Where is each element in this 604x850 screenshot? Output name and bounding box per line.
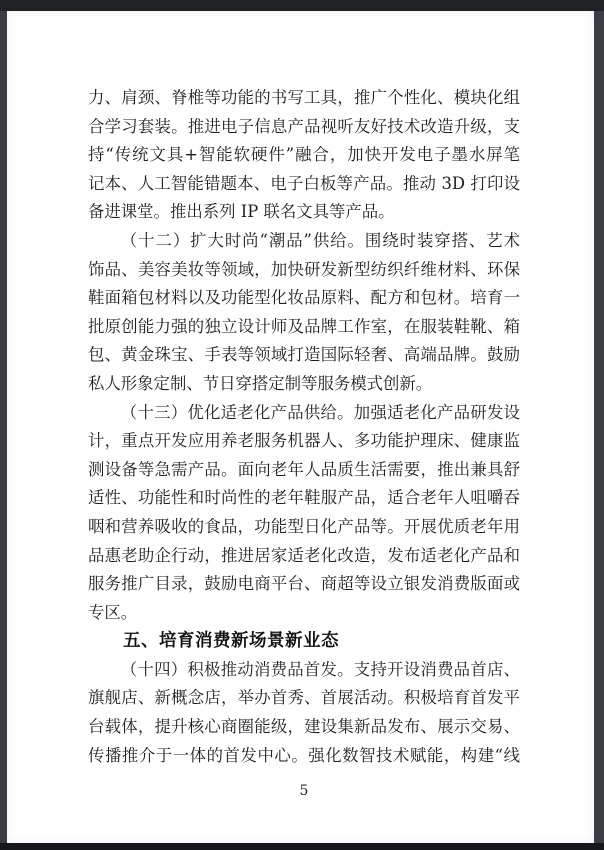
- text-line: 鞋面箱包材料以及功能型化妆品原料、配方和包材。培育一: [88, 284, 520, 313]
- para-item-12-fashion-trendy-products: （十二）扩大时尚“潮品”供给。围绕时装穿搭、艺术饰品、美容美妆等领域，加快研发新…: [88, 227, 520, 399]
- para-item-13-elderly-friendly-products: （十三）优化适老化产品供给。加强适老化产品研发设计，重点开发应用养老服务机器人、…: [88, 399, 520, 628]
- text-line: 记本、人工智能错题本、电子白板等产品。推动 3D 打印设: [88, 170, 520, 199]
- heading-section-5-new-consumption-scenarios: 五、培育消费新场景新业态: [88, 627, 520, 656]
- text-line: 私人形象定制、节日穿搭定制等服务模式创新。: [88, 370, 520, 399]
- text-line: 咽和营养吸收的食品，功能型日化产品等。开展优质老年用: [88, 513, 520, 542]
- text-line: （十二）扩大时尚“潮品”供给。围绕时装穿搭、艺术: [88, 227, 520, 256]
- text-line: 传播推介于一体的首发中心。强化数智技术赋能，构建“线: [88, 742, 520, 771]
- page-number: 5: [88, 783, 520, 799]
- scan-frame-top-edge: [0, 0, 604, 11]
- text-line: 饰品、美容美妆等领域，加快研发新型纺织纤维材料、环保: [88, 256, 520, 285]
- text-line: 服务推广目录，鼓励电商平台、商超等设立银发消费版面或: [88, 570, 520, 599]
- para-writing-tools-continuation: 力、肩颈、脊椎等功能的书写工具，推广个性化、模块化组合学习套装。推进电子信息产品…: [88, 84, 520, 227]
- text-line: （十四）积极推动消费品首发。支持开设消费品首店、: [88, 656, 520, 685]
- text-line: 力、肩颈、脊椎等功能的书写工具，推广个性化、模块化组: [88, 84, 520, 113]
- scan-frame-bottom-edge: [0, 843, 604, 850]
- para-item-14-product-debut: （十四）积极推动消费品首发。支持开设消费品首店、旗舰店、新概念店，举办首秀、首展…: [88, 656, 520, 770]
- text-line: 备进课堂。推出系列 IP 联名文具等产品。: [88, 198, 520, 227]
- text-line: 持“传统文具+智能软硬件”融合，加快开发电子墨水屏笔: [88, 141, 520, 170]
- text-line: 批原创能力强的独立设计师及品牌工作室，在服装鞋靴、箱: [88, 313, 520, 342]
- text-line: （十三）优化适老化产品供给。加强适老化产品研发设: [88, 399, 520, 428]
- text-line: 五、培育消费新场景新业态: [88, 627, 520, 656]
- document-page: 力、肩颈、脊椎等功能的书写工具，推广个性化、模块化组合学习套装。推进电子信息产品…: [7, 11, 594, 843]
- text-line: 专区。: [88, 599, 520, 628]
- text-line: 台载体，提升核心商圈能级，建设集新品发布、展示交易、: [88, 713, 520, 742]
- text-line: 合学习套装。推进电子信息产品视听友好技术改造升级，支: [88, 113, 520, 142]
- text-line: 计，重点开发应用养老服务机器人、多功能护理床、健康监: [88, 427, 520, 456]
- text-line: 旗舰店、新概念店，举办首秀、首展活动。积极培育首发平: [88, 684, 520, 713]
- document-content: 力、肩颈、脊椎等功能的书写工具，推广个性化、模块化组合学习套装。推进电子信息产品…: [88, 84, 520, 770]
- text-line: 适性、功能性和时尚性的老年鞋服产品，适合老年人咀嚼吞: [88, 484, 520, 513]
- text-line: 品惠老助企行动，推进居家适老化改造，发布适老化产品和: [88, 542, 520, 571]
- text-line: 测设备等急需产品。面向老年人品质生活需要，推出兼具舒: [88, 456, 520, 485]
- text-line: 包、黄金珠宝、手表等领域打造国际轻奢、高端品牌。鼓励: [88, 341, 520, 370]
